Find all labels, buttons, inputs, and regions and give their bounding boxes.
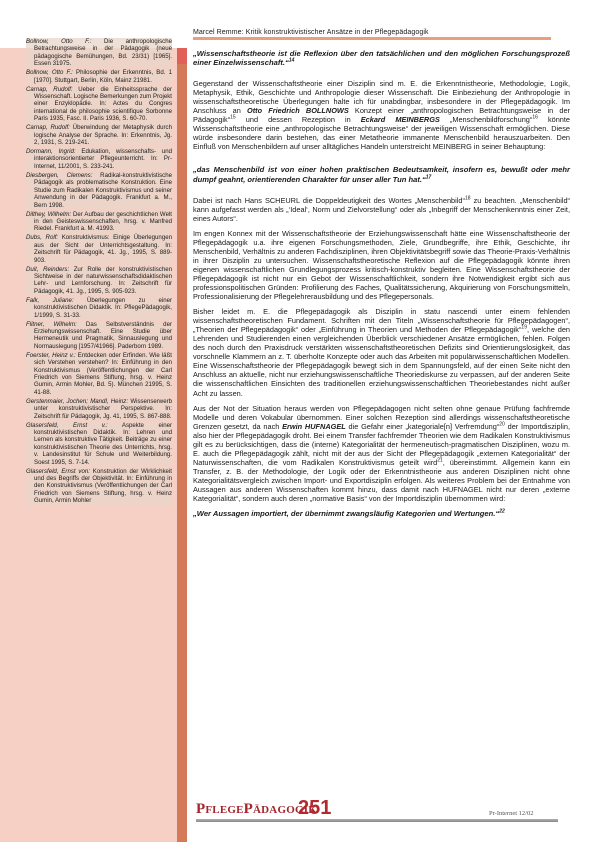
reference-entry: Dilthey, Wilhelm: Der Aufbau der geschic… bbox=[26, 211, 172, 233]
reference-entry: Bollnow, Otto F.: Philosophie der Erkenn… bbox=[26, 69, 172, 84]
reference-author: Duit, Reinders: bbox=[26, 266, 69, 273]
reference-author: Flitner, Wilhelm: bbox=[26, 321, 77, 328]
author-name: Erwin HUFNAGEL bbox=[282, 422, 346, 431]
footer-rule bbox=[196, 819, 558, 822]
reference-entry: Glasersfeld, Ernst v.: Aspekte einer kon… bbox=[26, 422, 172, 466]
reference-author: Bollnow, Otto F.: bbox=[26, 38, 91, 45]
reference-author: Dubs, Rolf: bbox=[26, 234, 58, 241]
reference-entry: Flitner, Wilhelm: Das Selbstverständnis … bbox=[26, 321, 172, 351]
sidebar-accent-marker bbox=[177, 48, 187, 64]
reference-entry: Dubs, Rolf: Konstruktivismus: Einige Übe… bbox=[26, 234, 172, 264]
reference-entry: Falk, Juliane: Überlegungen zu einer kon… bbox=[26, 297, 172, 319]
page-number: 251 bbox=[298, 797, 331, 820]
running-header: Marcel Remme: Kritik konstruktivistische… bbox=[193, 29, 551, 40]
reference-author: Carnap, Rudolf: bbox=[26, 124, 70, 131]
paragraph-bisher: Bisher leidet m. E. die Pflegepädagogik … bbox=[193, 307, 570, 397]
reference-author: Foerster, Heinz v.: bbox=[26, 352, 76, 359]
quote-menschenbild: „das Menschenbild ist von einer hohen pr… bbox=[193, 165, 570, 183]
reference-author: Dormann, Ingrid: bbox=[26, 148, 76, 155]
author-name: Eckard MEINBERGS bbox=[361, 115, 440, 124]
paragraph-gegenstand: Gegenstand der Wissenschaftstheorie eine… bbox=[193, 79, 570, 151]
paragraph-scheurl: Dabei ist nach Hans SCHEURL die Doppelde… bbox=[193, 196, 570, 223]
reference-entry: Bollnow, Otto F.: Die anthropologische B… bbox=[26, 38, 172, 68]
reference-text: Aspekte einer konstruktivistischen Didak… bbox=[34, 422, 172, 466]
reference-entry: Duit, Reinders: Zur Rolle der konstrukti… bbox=[26, 266, 172, 296]
reference-entry: Glasersfeld, Ernst von: Konstruktion der… bbox=[26, 468, 172, 505]
reference-author: Glasersfeld, Ernst von: bbox=[26, 468, 90, 475]
paragraph-not-der-situation: Aus der Not der Situation heraus werden … bbox=[193, 404, 570, 504]
reference-entry: Carnap, Rudolf: Überwindung der Metaphys… bbox=[26, 124, 172, 146]
reference-list: Bollnow, Otto F.: Die anthropologische B… bbox=[26, 38, 172, 506]
reference-entry: Dormann, Ingrid: Edukation, wissenschaft… bbox=[26, 148, 172, 170]
reference-author: Dilthey, Wilhelm: bbox=[26, 211, 71, 218]
reference-author: Bollnow, Otto F.: bbox=[26, 69, 73, 76]
reference-entry: Foerster, Heinz v.: Entdecken oder Erfin… bbox=[26, 352, 172, 396]
quote-aussagen: „Wer Aussagen importiert, der übernimmt … bbox=[193, 509, 570, 518]
reference-author: Falk, Juliane: bbox=[26, 297, 74, 304]
issue-label: Pr-Internet 12/02 bbox=[489, 810, 533, 817]
sidebar-accent-bar bbox=[177, 48, 187, 842]
main-text: „Wissenschaftstheorie ist die Reflexion … bbox=[193, 49, 570, 530]
reference-entry: Gerstenmaier, Jochen; Mandl, Heinz: Wiss… bbox=[26, 398, 172, 420]
reference-text: Entdecken oder Erfinden. Wie läßt sich V… bbox=[34, 352, 172, 396]
reference-author: Diesbergen, Clemens: bbox=[26, 172, 92, 179]
reference-entry: Diesbergen, Clemens: Radikal-konstruktiv… bbox=[26, 172, 172, 209]
paragraph-konnex: Im engen Konnex mit der Wissenschaftsthe… bbox=[193, 229, 570, 301]
quote-wissenschaftstheorie: „Wissenschaftstheorie ist die Reflexion … bbox=[193, 49, 570, 67]
reference-author: Carnap, Rudolf: bbox=[26, 86, 73, 93]
reference-author: Gerstenmaier, Jochen; Mandl, Heinz: bbox=[26, 398, 128, 405]
author-name: Otto Friedrich BOLLNOWS bbox=[247, 106, 349, 115]
reference-author: Glasersfeld, Ernst v.: bbox=[26, 422, 108, 429]
reference-entry: Carnap, Rudolf: Ueber die Einheitssprach… bbox=[26, 86, 172, 123]
